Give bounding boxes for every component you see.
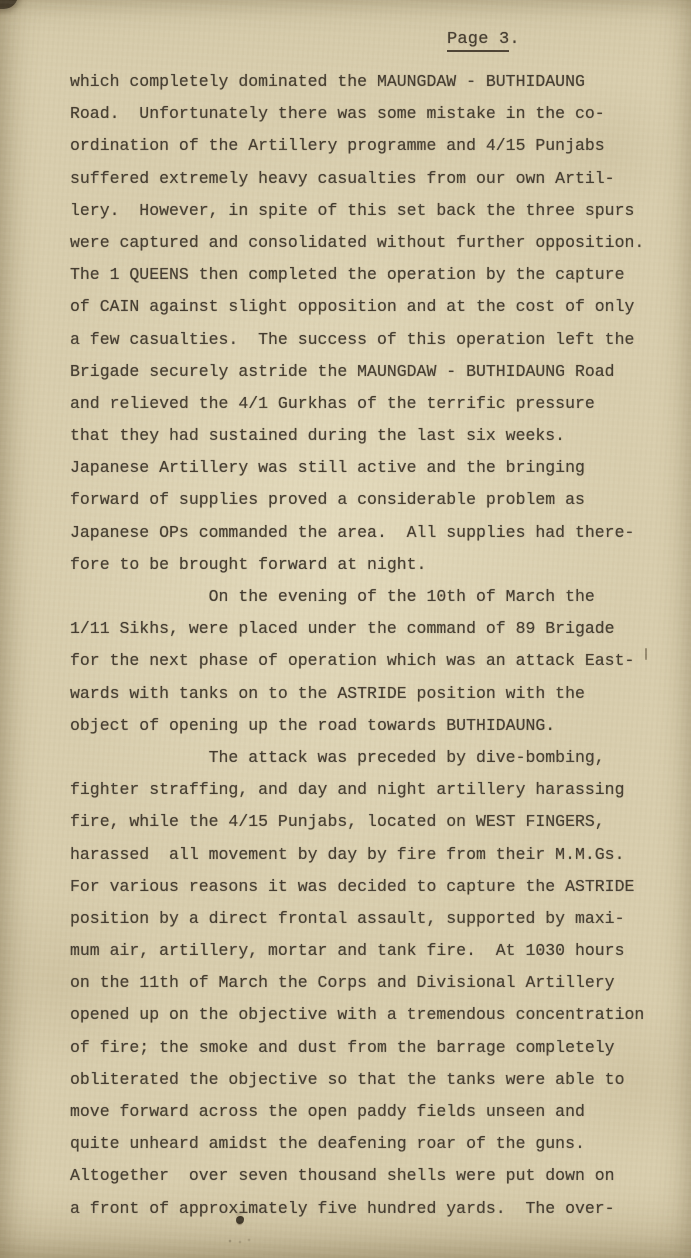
text-line: lery. However, in spite of this set back… [70, 195, 660, 227]
text-line: Japanese Artillery was still active and … [70, 452, 660, 484]
text-line: forward of supplies proved a considerabl… [70, 484, 660, 516]
text-line: The 1 QUEENS then completed the operatio… [70, 259, 660, 291]
text-line: fore to be brought forward at night. [70, 549, 660, 581]
page-number-period: . [509, 30, 519, 49]
corner-stain [0, 0, 18, 9]
text-line: On the evening of the 10th of March the [70, 581, 660, 613]
ink-smudge [226, 1236, 252, 1245]
text-line: fire, while the 4/15 Punjabs, located on… [70, 806, 660, 838]
text-line: Road. Unfortunately there was some mista… [70, 98, 660, 130]
text-line: of fire; the smoke and dust from the bar… [70, 1032, 660, 1064]
typewritten-body: which completely dominated the MAUNGDAW … [70, 66, 660, 1225]
text-line: For various reasons it was decided to ca… [70, 871, 660, 903]
text-line: opened up on the objective with a tremen… [70, 999, 660, 1031]
text-line: which completely dominated the MAUNGDAW … [70, 66, 660, 98]
text-line: fighter straffing, and day and night art… [70, 774, 660, 806]
text-line: a few casualties. The success of this op… [70, 324, 660, 356]
text-line: suffered extremely heavy casualties from… [70, 163, 660, 195]
text-line: on the 11th of March the Corps and Divis… [70, 967, 660, 999]
text-line: 1/11 Sikhs, were placed under the comman… [70, 613, 660, 645]
text-line: mum air, artillery, mortar and tank fire… [70, 935, 660, 967]
text-line: and relieved the 4/1 Gurkhas of the terr… [70, 388, 660, 420]
text-line: quite unheard amidst the deafening roar … [70, 1128, 660, 1160]
text-line: object of opening up the road towards BU… [70, 710, 660, 742]
page-number-label: Page 3 [447, 30, 509, 52]
text-line: of CAIN against slight opposition and at… [70, 291, 660, 323]
text-line: The attack was preceded by dive-bombing, [70, 742, 660, 774]
text-line: wards with tanks on to the ASTRIDE posit… [70, 678, 660, 710]
text-line: move forward across the open paddy field… [70, 1096, 660, 1128]
text-line: position by a direct frontal assault, su… [70, 903, 660, 935]
text-line: Brigade securely astride the MAUNGDAW - … [70, 356, 660, 388]
text-line: were captured and consolidated without f… [70, 227, 660, 259]
text-line: Japanese OPs commanded the area. All sup… [70, 517, 660, 549]
text-line: for the next phase of operation which wa… [70, 645, 660, 677]
page-number: Page 3. [447, 30, 520, 49]
text-line: that they had sustained during the last … [70, 420, 660, 452]
text-line: harassed all movement by day by fire fro… [70, 839, 660, 871]
text-line: Altogether over seven thousand shells we… [70, 1160, 660, 1192]
stray-ink-tick [645, 648, 647, 660]
text-line: obliterated the objective so that the ta… [70, 1064, 660, 1096]
text-line: a front of approximately five hundred ya… [70, 1193, 660, 1225]
text-line: ordination of the Artillery programme an… [70, 130, 660, 162]
document-page: Page 3. which completely dominated the M… [0, 0, 691, 1258]
